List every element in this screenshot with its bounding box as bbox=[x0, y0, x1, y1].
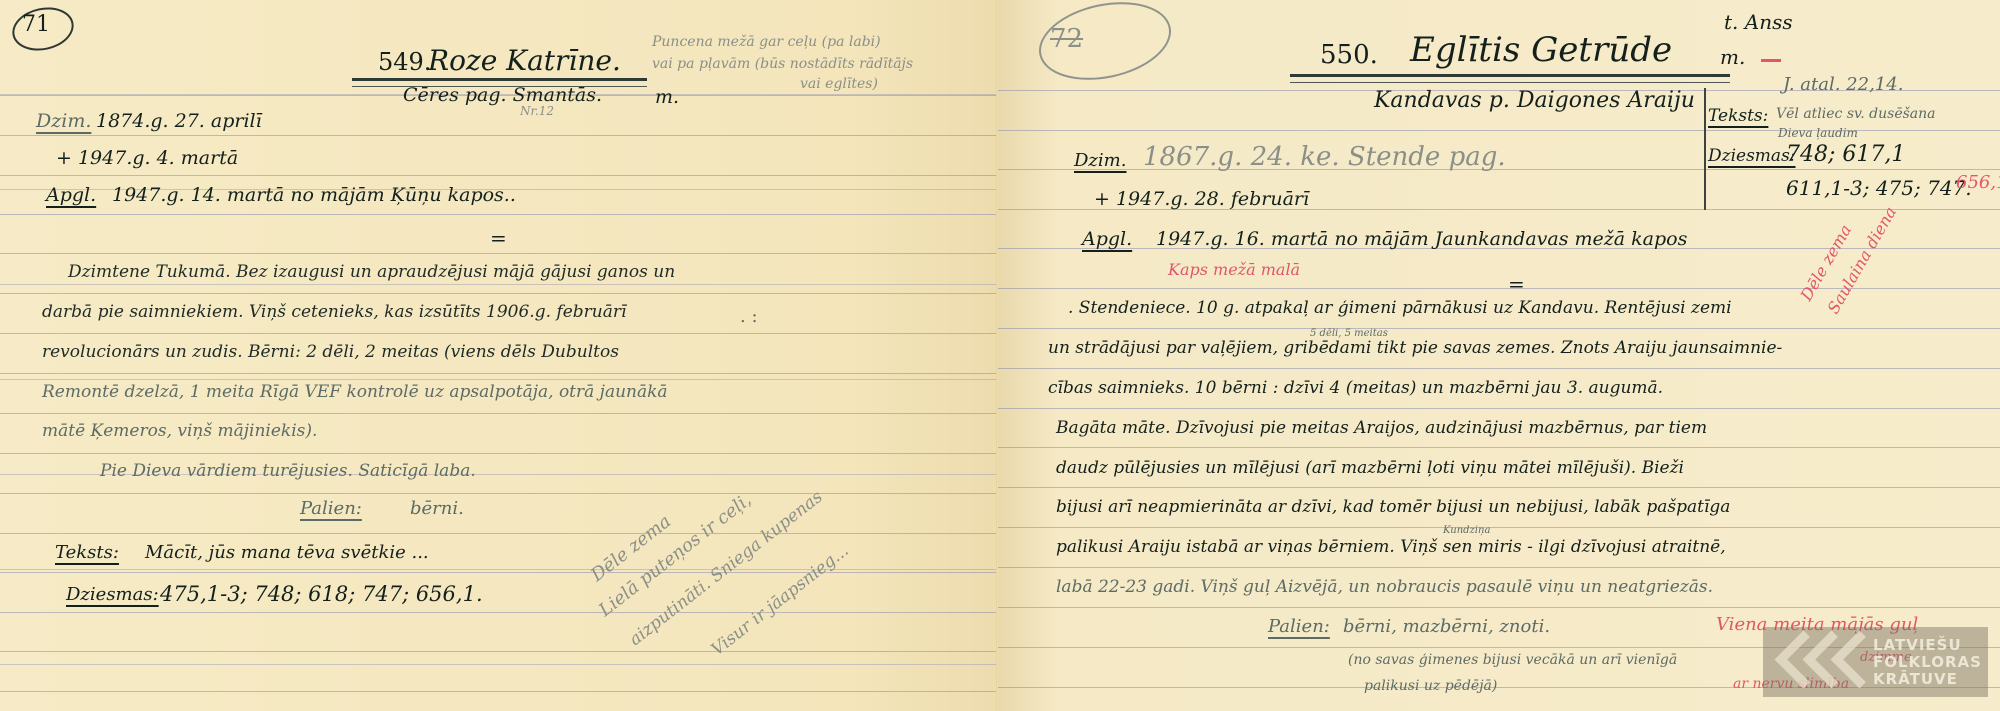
survived-label: Palien: bbox=[1268, 616, 1330, 637]
text-value-line-2: Dieva ļaudim bbox=[1778, 126, 1858, 140]
died-date: + 1947.g. 4. martā bbox=[56, 147, 238, 169]
children-inline-note: Kundziņa bbox=[1443, 525, 1490, 536]
text-label: Teksts: bbox=[55, 542, 119, 563]
body-line: un strādājusi par vaļējiem, gribēdami ti… bbox=[1048, 338, 1782, 358]
body-line: Bagāta māte. Dzīvojusi pie meitas Araijo… bbox=[1056, 418, 1707, 438]
right-page: 72 550. Eglītis Getrūde t. Anss m. Kanda… bbox=[998, 0, 2000, 711]
text-source: J. atal. 22,14. bbox=[1783, 74, 1903, 95]
born-label: Dzim. bbox=[36, 110, 91, 132]
entry-gender: m. bbox=[1720, 45, 1745, 69]
body-line: palikusi Araiju istabā ar viņas bērniem.… bbox=[1056, 537, 1726, 557]
body-line: labā 22-23 gadi. Viņš guļ Aizvējā, un no… bbox=[1056, 577, 1713, 597]
pencil-note-line-2: vai pa pļavām (būs nostādīts rādītājs bbox=[652, 56, 913, 72]
entry-gender: m. bbox=[655, 86, 679, 108]
watermark-line-1: LATVIEŠU bbox=[1873, 637, 1982, 654]
entry-parish: Kandavas p. Daigones Araiju bbox=[1374, 88, 1695, 113]
born-date: 1874.g. 27. aprilī bbox=[96, 110, 262, 132]
buried-info: 1947.g. 16. martā no mājām Jaunkandavas … bbox=[1156, 228, 1687, 250]
survived-note-line-1: (no savas ģimenes bijusi vecākā un arī v… bbox=[1348, 652, 1677, 668]
pencil-note-line-1: Puncena mežā gar ceļu (pa labi) bbox=[652, 34, 881, 50]
text-value: Mācīt, jūs mana tēva svētkie ... bbox=[145, 542, 429, 563]
marker-t: t. Anss bbox=[1724, 10, 1793, 34]
survived-note-line-2: palikusi uz pēdējā) bbox=[1364, 678, 1497, 694]
watermark-line-2: FOLKLORAS bbox=[1873, 654, 1982, 671]
red-note-buried: Kaps mežā malā bbox=[1168, 260, 1300, 279]
page-number-crossed: 72 bbox=[1050, 24, 1083, 54]
sidebar-divider bbox=[1704, 88, 1706, 210]
body-line: Remontē dzelzā, 1 meita Rīgā VEF kontrol… bbox=[42, 382, 668, 402]
body-line: revolucionārs un zudis. Bērni: 2 dēli, 2… bbox=[42, 342, 619, 362]
songs-line-2: 611,1-3; 475; 747. bbox=[1786, 176, 1972, 200]
entry-number: 549. bbox=[378, 48, 431, 76]
body-line: . Stendeniece. 10 g. atpakaļ ar ģimeni p… bbox=[1068, 298, 1732, 318]
born-date: 1867.g. 24. ke. Stende pag. bbox=[1143, 142, 1506, 172]
pencil-note-line-3: vai eglītes) bbox=[800, 76, 878, 92]
songs-label: Dziesmas: bbox=[1708, 146, 1796, 166]
survived-label: Palien: bbox=[300, 498, 362, 519]
separator: = bbox=[490, 226, 507, 250]
entry-parish: Cēres pag. Smantās. bbox=[403, 84, 602, 106]
archive-watermark: LATVIEŠU FOLKLORAS KRĀTUVE bbox=[1763, 627, 1988, 697]
entry-number: 550. bbox=[1320, 40, 1378, 70]
songs-line-1: 748; 617,1 bbox=[1786, 142, 1905, 167]
survived-value: bērni, mazbērni, znoti. bbox=[1343, 616, 1550, 637]
songs-red-addition: 656,1 bbox=[1956, 172, 2000, 193]
text-value-line-1: Vēl atliec sv. dusēšana bbox=[1776, 106, 1936, 122]
buried-label: Apgl. bbox=[1082, 228, 1132, 250]
died-date: + 1947.g. 28. februārī bbox=[1094, 188, 1309, 210]
chevron-logo-icon bbox=[1763, 627, 1873, 697]
body-dots: . : bbox=[740, 306, 758, 327]
watermark-line-3: KRĀTUVE bbox=[1873, 671, 1982, 688]
body-line: mātē Ķemeros, viņš mājiniekis). bbox=[42, 421, 317, 441]
songs-value: 475,1-3; 748; 618; 747; 656,1. bbox=[160, 582, 483, 606]
body-line: Dzimtene Tukumā. Bez izaugusi un apraudz… bbox=[68, 262, 675, 282]
body-line: Pie Dieva vārdiem turējusies. Saticīgā l… bbox=[100, 461, 476, 481]
page-number: 71 bbox=[22, 12, 50, 37]
body-line: bijusi arī neapmierināta ar dzīvi, kad t… bbox=[1056, 497, 1730, 517]
red-dash-mark bbox=[1761, 59, 1781, 62]
entry-name: Eglītis Getrūde bbox=[1410, 30, 1672, 70]
buried-label: Apgl. bbox=[46, 184, 96, 206]
born-label: Dzim. bbox=[1074, 150, 1126, 171]
buried-info: 1947.g. 14. martā no mājām Ķūņu kapos.. bbox=[112, 184, 516, 206]
songs-label: Dziesmas: bbox=[66, 584, 159, 605]
body-line: darbā pie saimniekiem. Viņš cetenieks, k… bbox=[42, 302, 626, 322]
separator: = bbox=[1508, 272, 1525, 296]
body-line: daudz pūlējusies un mīlējusi (arī mazbēr… bbox=[1056, 458, 1684, 478]
body-line: cības saimnieks. 10 bērni : dzīvi 4 (mei… bbox=[1048, 378, 1663, 398]
survived-value: bērni. bbox=[410, 498, 464, 519]
left-page: 71 549. Roze Katrīne. Cēres pag. Smantās… bbox=[0, 0, 998, 711]
parish-note: Nr.12 bbox=[520, 104, 554, 118]
entry-name: Roze Katrīne. bbox=[428, 44, 621, 77]
text-label: Teksts: bbox=[1708, 106, 1768, 126]
title-double-underline bbox=[1290, 74, 1730, 83]
